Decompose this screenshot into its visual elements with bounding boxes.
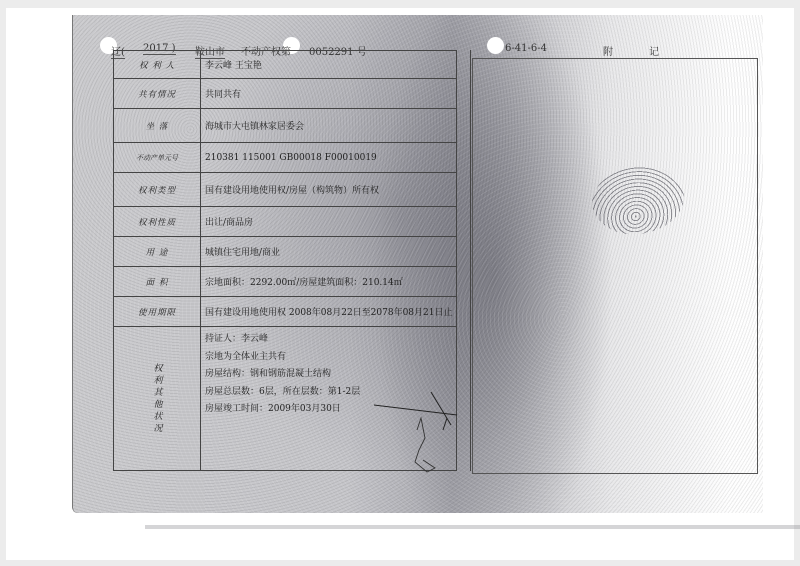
appendix-title-2: 记 (649, 43, 659, 58)
signature-mark (369, 390, 469, 485)
row-label: 权利性质 (114, 207, 201, 237)
scanned-certificate: 辽( 2017 ) 鞍山市 不动产权第 0052291 号 6-41-6-4 附… (72, 15, 763, 513)
cert-serial: 6-41-6-4 (505, 43, 547, 54)
row-label: 权利类型 (114, 173, 201, 207)
row-label: 使用期限 (114, 297, 201, 327)
appendix-title-1: 附 (603, 43, 613, 58)
row-label: 用 途 (114, 237, 201, 267)
row-label: 权 利 人 (114, 51, 201, 79)
other-rights-label: 权利其他状况 (151, 363, 164, 435)
row-label: 权利其他状况 (114, 327, 201, 471)
row-label: 不动产单元号 (114, 143, 201, 173)
scan-edge (145, 525, 800, 529)
row-label: 面 积 (114, 267, 201, 297)
row-label: 共有情况 (114, 79, 201, 109)
appendix-box (472, 58, 758, 474)
row-label: 坐 落 (114, 109, 201, 143)
